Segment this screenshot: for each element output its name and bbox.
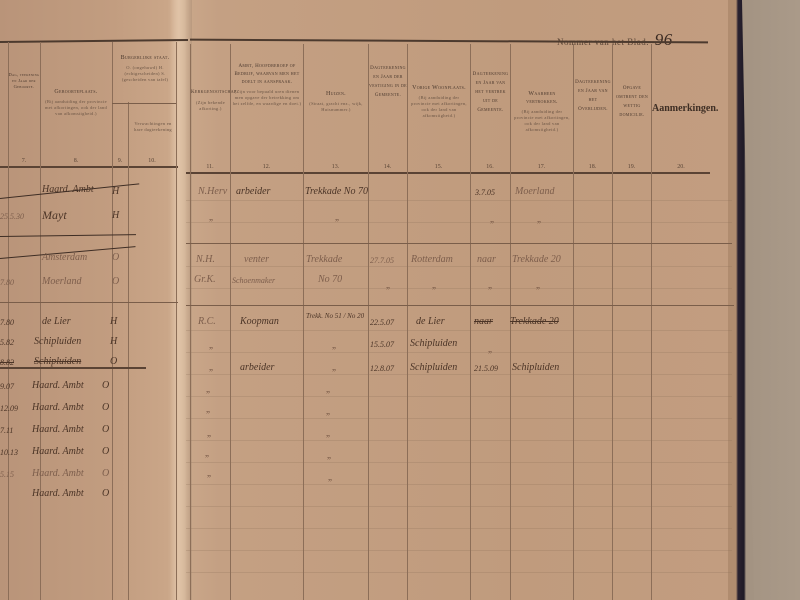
col-rule <box>40 42 41 600</box>
left-row-date: 10.13 <box>0 448 18 457</box>
occupation-entry: arbeider <box>236 186 270 197</box>
col-20-header: Aanmerkingen. <box>652 103 718 114</box>
col-10-sub-header: Verwachtingen en hare dagteekening <box>130 118 176 133</box>
destination-entry: Schipluiden <box>512 362 559 373</box>
departure-date-entry: naar <box>477 254 496 265</box>
left-row-place: Amsterdam <box>42 252 87 263</box>
occupation-entry: arbeider <box>240 362 274 373</box>
ditto-mark: „ <box>335 212 339 222</box>
col-17-title: Waarheen vertrokken. <box>526 91 558 105</box>
left-row-date: 12.09 <box>0 404 18 413</box>
ditto-mark: „ <box>326 428 330 438</box>
address-entry: No 70 <box>318 274 342 285</box>
col-18-title: Dagteekening en Jaar van het Overlijden. <box>575 80 611 112</box>
left-row-state: H <box>110 316 117 327</box>
left-row-state: O <box>102 380 109 391</box>
col-19-title: Opgave omtrent den wettig domicilie. <box>616 86 648 118</box>
previous-place-entry: de Lier <box>416 316 445 327</box>
col-10-title: Burgerlijke staat. <box>121 55 170 61</box>
religion-entry: Gr.K. <box>194 274 216 285</box>
col-8-number: 8. <box>40 158 112 164</box>
faint-rule <box>186 222 732 223</box>
previous-place-entry: Schipluiden <box>410 362 457 373</box>
left-row-place: Haard. Ambt <box>32 446 84 457</box>
left-row-date: 8.82 <box>0 358 14 367</box>
left-row-date: 25.5.30 <box>0 212 24 221</box>
col-rule <box>573 44 574 600</box>
ditto-mark: „ <box>332 362 336 372</box>
col-10-number: 10. <box>128 158 176 164</box>
faint-rule <box>186 484 732 485</box>
faint-rule <box>186 506 732 507</box>
occupation-entry: venter <box>244 254 269 265</box>
right-header-rule <box>186 172 710 174</box>
col-16-header: Dagteekening en Jaar van het vertrek uit… <box>471 70 510 115</box>
ditto-mark: „ <box>207 428 211 438</box>
left-row-date: 5.82 <box>0 338 14 347</box>
col-16-number: 16. <box>470 164 510 170</box>
col-18-number: 18. <box>573 164 612 170</box>
faint-rule <box>186 462 732 463</box>
ditto-mark: „ <box>209 362 213 372</box>
faint-rule <box>186 396 732 397</box>
left-row-place: Haard. Ambt <box>32 424 84 435</box>
col-10-note: O. (ongehuwd) H. (echtgescheiden) S. (ge… <box>114 65 176 83</box>
row-divider <box>0 302 178 303</box>
col-19-number: 19. <box>612 164 651 170</box>
col-8-note: (Bij aanduiding der provincie met afkort… <box>42 99 110 117</box>
col-10-header: Burgerlijke staat.O. (ongehuwd) H. (echt… <box>114 54 176 83</box>
occupation-entry: Koopman <box>240 316 279 327</box>
left-row-state: H <box>112 210 119 221</box>
left-row-place: de Lier <box>42 316 71 327</box>
departure-date-entry: naar <box>474 316 493 327</box>
faint-rule <box>186 330 732 331</box>
col-14-header: Dagteekening en Jaar der vestiging in de… <box>369 64 407 100</box>
faint-rule <box>186 550 732 551</box>
col-rule <box>407 44 408 600</box>
col-rule <box>651 44 652 600</box>
ditto-mark: „ <box>328 472 332 482</box>
col-13-note: (Straat, gracht enz., wijk, Huisnummer.) <box>305 101 367 113</box>
col-17-note: (Bij aanduiding der provincie met afkort… <box>512 109 572 133</box>
col-13-title: Huizen. <box>326 91 346 97</box>
col-rule <box>612 44 613 600</box>
ditto-mark: „ <box>206 384 210 394</box>
col-9-number: 9. <box>112 158 128 164</box>
address-entry: Trekk. No 51 / No 20 <box>306 312 364 320</box>
col-rule <box>368 44 369 600</box>
col-16-title: Dagteekening en Jaar van het vertrek uit… <box>473 72 509 113</box>
ditto-mark: „ <box>206 404 210 414</box>
col-15-title: Vorige Woonplaats. <box>412 85 466 91</box>
religion-entry: R.C. <box>198 316 216 327</box>
previous-place-entry: Rotterdam <box>411 254 453 265</box>
page-number-value: 96 <box>655 30 673 49</box>
religion-entry: N.H. <box>196 254 215 265</box>
col-20-number: 20. <box>651 164 711 170</box>
col-7-title: Dag, teekening en Jaar der Geboorte. <box>8 72 40 90</box>
col-13-header: Huizen.(Straat, gracht enz., wijk, Huisn… <box>305 90 367 113</box>
destination-entry: Trekkade 20 <box>510 316 559 327</box>
left-row-place: Haard. Ambt <box>32 468 84 479</box>
col-11-number: 11. <box>190 164 230 170</box>
faint-rule <box>186 288 732 289</box>
left-row-date: 7.80 <box>0 278 14 287</box>
faint-rule <box>186 200 732 201</box>
book-gutter <box>170 0 192 600</box>
ditto-mark: „ <box>326 384 330 394</box>
faint-rule <box>186 266 732 267</box>
arrival-date-entry: 22.5.07 <box>370 318 394 327</box>
arrival-date-entry: 27.7.05 <box>370 256 394 265</box>
col-12-number: 12. <box>230 164 303 170</box>
arrival-date-entry: 12.8.07 <box>370 364 394 373</box>
left-row-state: O <box>110 356 117 367</box>
faint-rule <box>186 440 732 441</box>
ditto-mark: „ <box>205 448 209 458</box>
col-11-title: Kerkgenootschap. <box>191 90 238 95</box>
col-14-title: Dagteekening en Jaar der vestiging in de… <box>369 66 407 98</box>
group-divider <box>186 305 734 306</box>
col-8-header: Geboorteplaats.(Bij aanduiding der provi… <box>42 88 110 117</box>
left-row-state: O <box>112 252 119 263</box>
ditto-mark: „ <box>332 340 336 350</box>
left-row-date: 9.07 <box>0 382 14 391</box>
subheader-rule <box>112 103 176 104</box>
col-rule <box>176 42 177 600</box>
destination-entry: Trekkade 20 <box>512 254 561 265</box>
group-divider <box>186 243 732 244</box>
strike-through <box>0 367 146 369</box>
religion-entry: N.Herv <box>198 186 227 197</box>
col-12-title: Ambt, Hoofdberoep of Bedrijf, waarvan me… <box>235 64 300 85</box>
col-rule <box>230 44 231 600</box>
col-rule <box>128 102 129 600</box>
col-17-number: 17. <box>510 164 573 170</box>
col-7-number: 7. <box>8 158 40 164</box>
col-11-header: Kerkgenootschap.(Zijn bekende afkorting.… <box>191 88 230 112</box>
left-row-date: 7.11 <box>0 426 13 435</box>
col-19-header: Opgave omtrent den wettig domicilie. <box>613 84 651 120</box>
occupation-entry: Schoenmaker <box>232 276 275 285</box>
left-row-state: O <box>102 446 109 457</box>
address-entry: Trekkade <box>306 254 342 265</box>
col-11-note: (Zijn bekende afkorting.) <box>191 100 230 112</box>
left-row-place: Schipluiden <box>34 356 81 367</box>
col-17-header: Waarheen vertrokken.(Bij aanduiding der … <box>512 90 572 133</box>
left-row-state: H <box>112 186 119 197</box>
left-row-date: 7.80 <box>0 318 14 327</box>
left-row-state: O <box>112 276 119 287</box>
left-row-place: Schipluiden <box>34 336 81 347</box>
left-row-place: Moerland <box>42 276 81 287</box>
ditto-mark: „ <box>327 450 331 460</box>
col-14-number: 14. <box>368 164 407 170</box>
register-photo: Nommer van het Blad. 96 Dag, teekening e… <box>0 0 800 600</box>
left-row-place: Haard. Ambt <box>32 402 84 413</box>
ditto-mark: „ <box>207 468 211 478</box>
col-13-number: 13. <box>303 164 368 170</box>
col-15-number: 15. <box>407 164 470 170</box>
ditto-mark: „ <box>209 340 213 350</box>
left-row-place: Mayt <box>42 208 67 223</box>
left-header-rule <box>0 166 178 168</box>
destination-entry: Moerland <box>515 186 554 197</box>
left-row-state: O <box>102 488 109 499</box>
ditto-mark: „ <box>209 212 213 222</box>
faint-rule <box>186 572 732 573</box>
left-row-place: Haard. Ambt <box>32 380 84 391</box>
col-rule <box>190 44 191 600</box>
left-row-state: O <box>102 402 109 413</box>
col-15-header: Vorige Woonplaats.(Bij aanduiding der pr… <box>409 84 469 119</box>
left-row-state: O <box>102 468 109 479</box>
arrival-date-entry: 15.5.07 <box>370 340 394 349</box>
col-10-sub: Verwachtingen en hare dagteekening <box>130 121 176 133</box>
address-entry: Trekkade No 70 <box>305 186 368 197</box>
col-12-note: (Zijn voor bepaald uren dienen men opgav… <box>232 89 302 107</box>
col-18-header: Dagteekening en Jaar van het Overlijden. <box>574 78 612 114</box>
faint-rule <box>186 352 732 353</box>
previous-place-entry: Schipluiden <box>410 338 457 349</box>
left-row-date: 5.15 <box>0 470 14 479</box>
col-rule <box>470 44 471 600</box>
col-8-title: Geboorteplaats. <box>54 89 97 95</box>
left-row-state: H <box>110 336 117 347</box>
departure-date-entry: 3.7.05 <box>475 188 495 197</box>
ditto-mark: „ <box>326 406 330 416</box>
faint-rule <box>186 374 732 375</box>
departure-date-entry: 21.5.09 <box>474 364 498 373</box>
left-row-state: O <box>102 424 109 435</box>
faint-rule <box>186 528 732 529</box>
faint-rule <box>186 418 732 419</box>
col-15-note: (Bij aanduiding der provincie met afkort… <box>409 95 469 119</box>
left-row-place: Haard. Ambt <box>32 488 84 499</box>
col-rule <box>303 44 304 600</box>
col-12-header: Ambt, Hoofdberoep of Bedrijf, waarvan me… <box>232 62 302 107</box>
col-7-header: Dag, teekening en Jaar der Geboorte. <box>8 72 40 90</box>
